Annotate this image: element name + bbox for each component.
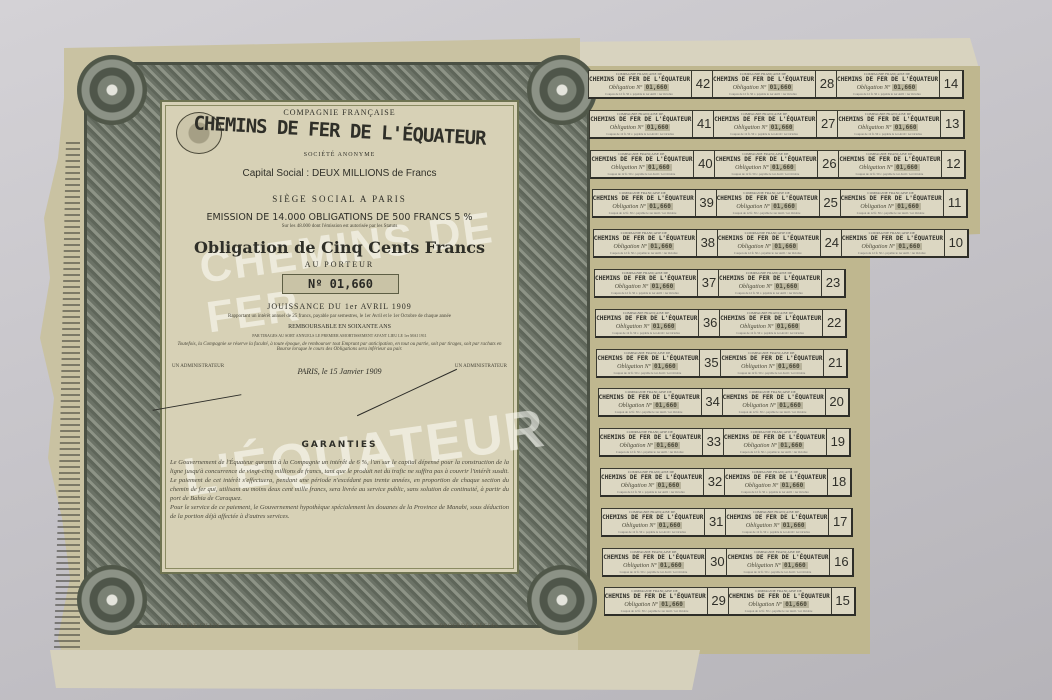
coupon-obligation: Obligation Nº 01,660: [589, 84, 689, 91]
coupon-obligation: Obligation Nº 01,660: [599, 402, 699, 409]
coupon: COMPAGNIE FRANÇAISE DECHEMINS DE FER DE …: [725, 508, 853, 537]
coupon-obligation: Obligation Nº 01,660: [839, 164, 939, 171]
coupon-name: CHEMINS DE FER DE L'ÉQUATEUR: [725, 474, 825, 481]
coupon-name: CHEMINS DE FER DE L'ÉQUATEUR: [599, 394, 699, 401]
coupon-footer: Coupon de 12 fr. 50 c. payable le 1er Av…: [591, 172, 691, 176]
coupon-footer: Coupon de 12 fr. 50 c. payable le 1er Av…: [719, 291, 819, 295]
coupon: COMPAGNIE FRANÇAISE DECHEMINS DE FER DE …: [841, 229, 969, 258]
coupon: COMPAGNIE FRANÇAISE DECHEMINS DE FER DE …: [840, 189, 968, 218]
coupon-name: CHEMINS DE FER DE L'ÉQUATEUR: [600, 434, 700, 441]
coupon-name: CHEMINS DE FER DE L'ÉQUATEUR: [717, 195, 817, 202]
coupon: COMPAGNIE FRANÇAISE DECHEMINS DE FER DE …: [726, 548, 854, 577]
coupon-name: CHEMINS DE FER DE L'ÉQUATEUR: [718, 235, 818, 242]
coupon-obligation: Obligation Nº 01,660: [718, 243, 818, 250]
coupon-footer: Coupon de 12 fr. 50 c. payable le 1er Av…: [713, 92, 813, 96]
coupon: COMPAGNIE FRANÇAISE DECHEMINS DE FER DE …: [837, 110, 965, 139]
coupon-footer: Coupon de 12 fr. 50 c. payable le 1er Av…: [590, 132, 690, 136]
coupon-obligation: Obligation Nº 01,660: [597, 363, 697, 370]
coupon-number: 34: [701, 389, 724, 415]
coupon-footer: Coupon de 12 fr. 50 c. payable le 1er Av…: [723, 410, 823, 414]
coupon: COMPAGNIE FRANÇAISE DECHEMINS DE FER DE …: [724, 468, 852, 497]
coupon: COMPAGNIE FRANÇAISE DECHEMINS DE FER DE …: [604, 587, 732, 616]
coupon-obligation: Obligation Nº 01,660: [713, 84, 813, 91]
coupon-number: 42: [691, 71, 714, 97]
imprint-left: IMPRIMERIE CHAIX: [158, 624, 221, 629]
corner-rosette-icon: [527, 565, 597, 635]
coupon-name: CHEMINS DE FER DE L'ÉQUATEUR: [720, 315, 820, 322]
coupon-footer: Coupon de 12 fr. 50 c. payable le 1er Av…: [601, 490, 701, 494]
coupon-number: 16: [829, 549, 852, 575]
coupon: COMPAGNIE FRANÇAISE DECHEMINS DE FER DE …: [601, 508, 729, 537]
coupon-footer: Coupon de 12 fr. 50 c. payable le 1er Av…: [841, 211, 941, 215]
coupon-name: CHEMINS DE FER DE L'ÉQUATEUR: [597, 355, 697, 362]
certificate-body: CHEMINS DE FER L'ÉQUATEUR COMPAGNIE FRAN…: [160, 100, 519, 574]
coupon-footer: Coupon de 12 fr. 50 c. payable le 1er Av…: [837, 92, 937, 96]
coupon-footer: Coupon de 12 fr. 50 c. payable le 1er Av…: [605, 609, 705, 613]
coupon-footer: Coupon de 12 fr. 50 c. payable le 1er Av…: [595, 291, 695, 295]
coupon-obligation: Obligation Nº 01,660: [594, 243, 694, 250]
coupon: COMPAGNIE FRANÇAISE DECHEMINS DE FER DE …: [717, 229, 845, 258]
emission-subline: Sur les 48.000 dont l'émission est autor…: [162, 224, 517, 229]
corner-rosette-icon: [527, 55, 597, 125]
coupon-obligation: Obligation Nº 01,660: [727, 562, 827, 569]
coupon: COMPAGNIE FRANÇAISE DECHEMINS DE FER DE …: [588, 70, 716, 99]
coupon-obligation: Obligation Nº 01,660: [602, 522, 702, 529]
coupon-footer: Coupon de 12 fr. 50 c. payable le 1er Av…: [720, 331, 820, 335]
coupon-name: CHEMINS DE FER DE L'ÉQUATEUR: [726, 514, 826, 521]
coupon-obligation: Obligation Nº 01,660: [596, 323, 696, 330]
coupon-number: 38: [696, 230, 719, 256]
bond-certificate: CHEMINS DE FER L'ÉQUATEUR COMPAGNIE FRAN…: [40, 38, 980, 688]
coupon-number: 10: [944, 230, 967, 256]
coupon-footer: Coupon de 12 fr. 50 c. payable le 1er Av…: [599, 410, 699, 414]
coupon-footer: Coupon de 12 fr. 50 c. payable le 1er Av…: [600, 450, 700, 454]
coupon-number: 27: [816, 111, 839, 137]
coupon-number: 32: [703, 469, 726, 495]
bond-number: 01,660: [330, 277, 373, 291]
coupon-name: CHEMINS DE FER DE L'ÉQUATEUR: [714, 116, 814, 123]
coupon-footer: Coupon de 12 fr. 50 c. payable le 1er Av…: [714, 132, 814, 136]
coupon-name: CHEMINS DE FER DE L'ÉQUATEUR: [595, 275, 695, 282]
coupon: COMPAGNIE FRANÇAISE DECHEMINS DE FER DE …: [590, 150, 718, 179]
coupon-obligation: Obligation Nº 01,660: [595, 283, 695, 290]
coupon-number: 11: [943, 190, 966, 216]
obligation-title: Obligation de Cinq Cents Francs: [162, 238, 517, 257]
place-date: PARIS, le 15 Janvier 1909: [162, 367, 517, 376]
coupon-name: CHEMINS DE FER DE L'ÉQUATEUR: [723, 394, 823, 401]
coupon-footer: Coupon de 12 fr. 50 c. payable le 1er Av…: [842, 251, 942, 255]
coupon-obligation: Obligation Nº 01,660: [717, 203, 817, 210]
coupon-name: CHEMINS DE FER DE L'ÉQUATEUR: [605, 593, 705, 600]
coupon: COMPAGNIE FRANÇAISE DECHEMINS DE FER DE …: [596, 349, 724, 378]
coupon-obligation: Obligation Nº 01,660: [837, 84, 937, 91]
corner-rosette-icon: [77, 565, 147, 635]
coupon-obligation: Obligation Nº 01,660: [603, 562, 703, 569]
coupon-name: CHEMINS DE FER DE L'ÉQUATEUR: [603, 554, 703, 561]
coupon: COMPAGNIE FRANÇAISE DECHEMINS DE FER DE …: [592, 189, 720, 218]
imprint-right: PROCÉDÉ SPÉCIAL: [440, 624, 499, 629]
coupon-number: 15: [831, 588, 854, 614]
coupon: COMPAGNIE FRANÇAISE DECHEMINS DE FER DE …: [723, 428, 851, 457]
coupon-name: CHEMINS DE FER DE L'ÉQUATEUR: [837, 76, 937, 83]
coupon-obligation: Obligation Nº 01,660: [605, 601, 705, 608]
au-porteur-line: AU PORTEUR: [162, 260, 517, 269]
coupon: COMPAGNIE FRANÇAISE DECHEMINS DE FER DE …: [593, 229, 721, 258]
coupon-number: 13: [940, 111, 963, 137]
coupon-footer: Coupon de 12 fr. 50 c. payable le 1er Av…: [715, 172, 815, 176]
coupon-number: 31: [704, 509, 727, 535]
coupon-number: 41: [692, 111, 715, 137]
coupon: COMPAGNIE FRANÇAISE DECHEMINS DE FER DE …: [594, 269, 722, 298]
coupon-name: CHEMINS DE FER DE L'ÉQUATEUR: [713, 76, 813, 83]
coupon-footer: Coupon de 12 fr. 50 c. payable le 1er Av…: [729, 609, 829, 613]
coupon: COMPAGNIE FRANÇAISE DECHEMINS DE FER DE …: [836, 70, 964, 99]
coupon-obligation: Obligation Nº 01,660: [719, 283, 819, 290]
coupon: COMPAGNIE FRANÇAISE DECHEMINS DE FER DE …: [599, 428, 727, 457]
coupon-obligation: Obligation Nº 01,660: [729, 601, 829, 608]
garanties-paragraph-2: Pour le service de ce paiement, le Gouve…: [170, 504, 509, 520]
coupon-number: 39: [695, 190, 718, 216]
reserve-line: Toutefois, la Compagnie se réserve la fa…: [172, 342, 507, 352]
coupon-number: 18: [827, 469, 850, 495]
coupon-name: CHEMINS DE FER DE L'ÉQUATEUR: [591, 156, 691, 163]
coupon-obligation: Obligation Nº 01,660: [715, 164, 815, 171]
coupon-number: 29: [707, 588, 730, 614]
coupon-footer: Coupon de 12 fr. 50 c. payable le 1er Av…: [602, 530, 702, 534]
coupon-obligation: Obligation Nº 01,660: [842, 243, 942, 250]
coupon: COMPAGNIE FRANÇAISE DECHEMINS DE FER DE …: [720, 349, 848, 378]
coupon-obligation: Obligation Nº 01,660: [841, 203, 941, 210]
corner-rosette-icon: [77, 55, 147, 125]
coupon-footer: Coupon de 12 fr. 50 c. payable le 1er Av…: [724, 450, 824, 454]
coupon-name: CHEMINS DE FER DE L'ÉQUATEUR: [601, 474, 701, 481]
coupon-obligation: Obligation Nº 01,660: [721, 363, 821, 370]
coupon-obligation: Obligation Nº 01,660: [593, 203, 693, 210]
coupon-number: 30: [705, 549, 728, 575]
coupon-number: 26: [817, 151, 840, 177]
coupon-obligation: Obligation Nº 01,660: [601, 482, 701, 489]
coupon-number: 28: [815, 71, 838, 97]
coupon-name: CHEMINS DE FER DE L'ÉQUATEUR: [838, 116, 938, 123]
coupon-obligation: Obligation Nº 01,660: [724, 442, 824, 449]
coupon-footer: Coupon de 12 fr. 50 c. payable le 1er Av…: [721, 371, 821, 375]
coupon-name: CHEMINS DE FER DE L'ÉQUATEUR: [602, 514, 702, 521]
coupon-footer: Coupon de 12 fr. 50 c. payable le 1er Av…: [725, 490, 825, 494]
coupon-number: 36: [698, 310, 721, 336]
coupon-number: 33: [702, 429, 725, 455]
coupon-number: 21: [823, 350, 846, 376]
coupon-obligation: Obligation Nº 01,660: [591, 164, 691, 171]
coupon: COMPAGNIE FRANÇAISE DECHEMINS DE FER DE …: [838, 150, 966, 179]
coupon-obligation: Obligation Nº 01,660: [714, 124, 814, 131]
number-prefix: Nº: [308, 277, 322, 291]
coupon-footer: Coupon de 12 fr. 50 c. payable le 1er Av…: [594, 251, 694, 255]
coupon-number: 40: [693, 151, 716, 177]
coupon-name: CHEMINS DE FER DE L'ÉQUATEUR: [593, 195, 693, 202]
coupon-name: CHEMINS DE FER DE L'ÉQUATEUR: [842, 235, 942, 242]
coupon-name: CHEMINS DE FER DE L'ÉQUATEUR: [724, 434, 824, 441]
capital-line: Capital Social : DEUX MILLIONS de Francs: [162, 168, 517, 179]
coupon-name: CHEMINS DE FER DE L'ÉQUATEUR: [727, 554, 827, 561]
bond-number-box: Nº 01,660: [282, 274, 399, 294]
coupon-name: CHEMINS DE FER DE L'ÉQUATEUR: [715, 156, 815, 163]
coupon-footer: Coupon de 12 fr. 50 c. payable le 1er Av…: [597, 371, 697, 375]
coupon-number: 35: [699, 350, 722, 376]
coupon-footer: Coupon de 12 fr. 50 c. payable le 1er Av…: [726, 530, 826, 534]
coupon: COMPAGNIE FRANÇAISE DECHEMINS DE FER DE …: [718, 269, 846, 298]
coupon: COMPAGNIE FRANÇAISE DECHEMINS DE FER DE …: [598, 388, 726, 417]
coupon-number: 23: [821, 270, 844, 296]
coupon-obligation: Obligation Nº 01,660: [720, 323, 820, 330]
coupon-obligation: Obligation Nº 01,660: [725, 482, 825, 489]
coupon: COMPAGNIE FRANÇAISE DECHEMINS DE FER DE …: [714, 150, 842, 179]
coupon-name: CHEMINS DE FER DE L'ÉQUATEUR: [839, 156, 939, 163]
coupon-footer: Coupon de 12 fr. 50 c. payable le 1er Av…: [589, 92, 689, 96]
coupon-footer: Coupon de 12 fr. 50 c. payable le 1er Av…: [596, 331, 696, 335]
garanties-paragraph-1: Le Gouvernement de l'Équateur garantit à…: [170, 459, 509, 502]
coupon-number: 19: [826, 429, 849, 455]
coupon-obligation: Obligation Nº 01,660: [590, 124, 690, 131]
coupon-obligation: Obligation Nº 01,660: [838, 124, 938, 131]
coupon-name: CHEMINS DE FER DE L'ÉQUATEUR: [596, 315, 696, 322]
coupon: COMPAGNIE FRANÇAISE DECHEMINS DE FER DE …: [589, 110, 717, 139]
coupon-number: 24: [820, 230, 843, 256]
coupon-footer: Coupon de 12 fr. 50 c. payable le 1er Av…: [593, 211, 693, 215]
jouissance-line: JOUISSANCE DU 1er AVRIL 1909: [162, 302, 517, 311]
coupon: COMPAGNIE FRANÇAISE DECHEMINS DE FER DE …: [595, 309, 723, 338]
coupon-name: CHEMINS DE FER DE L'ÉQUATEUR: [590, 116, 690, 123]
coupon: COMPAGNIE FRANÇAISE DECHEMINS DE FER DE …: [716, 189, 844, 218]
coupon-name: CHEMINS DE FER DE L'ÉQUATEUR: [841, 195, 941, 202]
coupon: COMPAGNIE FRANÇAISE DECHEMINS DE FER DE …: [600, 468, 728, 497]
coupon-footer: Coupon de 12 fr. 50 c. payable le 1er Av…: [717, 211, 817, 215]
societe-line: SOCIÉTÉ ANONYME: [162, 152, 517, 158]
coupon-footer: Coupon de 12 fr. 50 c. payable le 1er Av…: [727, 570, 827, 574]
coupon: COMPAGNIE FRANÇAISE DECHEMINS DE FER DE …: [712, 70, 840, 99]
coupon: COMPAGNIE FRANÇAISE DECHEMINS DE FER DE …: [728, 587, 856, 616]
coupon-obligation: Obligation Nº 01,660: [726, 522, 826, 529]
coupon: COMPAGNIE FRANÇAISE DECHEMINS DE FER DE …: [719, 309, 847, 338]
coupon-number: 20: [825, 389, 848, 415]
interest-line: Rapportant un intérêt annuel de 25 franc…: [162, 314, 517, 319]
coupon-obligation: Obligation Nº 01,660: [723, 402, 823, 409]
tirage-line: PAR TIRAGES AU SORT ANNUELS LE PREMIER A…: [162, 333, 517, 338]
coupon-number: 12: [941, 151, 964, 177]
garanties-text: Le Gouvernement de l'Équateur garantit à…: [170, 458, 509, 521]
coupon-number: 22: [822, 310, 845, 336]
coupon: COMPAGNIE FRANÇAISE DECHEMINS DE FER DE …: [722, 388, 850, 417]
siege-line: SIÈGE SOCIAL A PARIS: [162, 194, 517, 204]
coupon-number: 25: [819, 190, 842, 216]
signature-left: [153, 394, 242, 411]
coupon: COMPAGNIE FRANÇAISE DECHEMINS DE FER DE …: [602, 548, 730, 577]
coupon-number: 14: [939, 71, 962, 97]
coupon-name: CHEMINS DE FER DE L'ÉQUATEUR: [719, 275, 819, 282]
coupon-footer: Coupon de 12 fr. 50 c. payable le 1er Av…: [718, 251, 818, 255]
coupon-footer: Coupon de 12 fr. 50 c. payable le 1er Av…: [839, 172, 939, 176]
coupon-name: CHEMINS DE FER DE L'ÉQUATEUR: [729, 593, 829, 600]
coupon-number: 17: [828, 509, 851, 535]
garanties-heading: GARANTIES: [162, 440, 517, 450]
coupon-name: CHEMINS DE FER DE L'ÉQUATEUR: [594, 235, 694, 242]
coupon-number: 37: [697, 270, 720, 296]
coupon-obligation: Obligation Nº 01,660: [600, 442, 700, 449]
emission-line: EMISSION DE 14.000 OBLIGATIONS DE 500 FR…: [162, 212, 517, 223]
coupon-name: CHEMINS DE FER DE L'ÉQUATEUR: [589, 76, 689, 83]
remboursable-line: REMBOURSABLE EN SOIXANTE ANS: [162, 324, 517, 330]
coupon: COMPAGNIE FRANÇAISE DECHEMINS DE FER DE …: [713, 110, 841, 139]
paper-bottom-margin: [50, 650, 700, 690]
coupon-footer: Coupon de 12 fr. 50 c. payable le 1er Av…: [603, 570, 703, 574]
coupon-name: CHEMINS DE FER DE L'ÉQUATEUR: [721, 355, 821, 362]
coupon-footer: Coupon de 12 fr. 50 c. payable le 1er Av…: [838, 132, 938, 136]
